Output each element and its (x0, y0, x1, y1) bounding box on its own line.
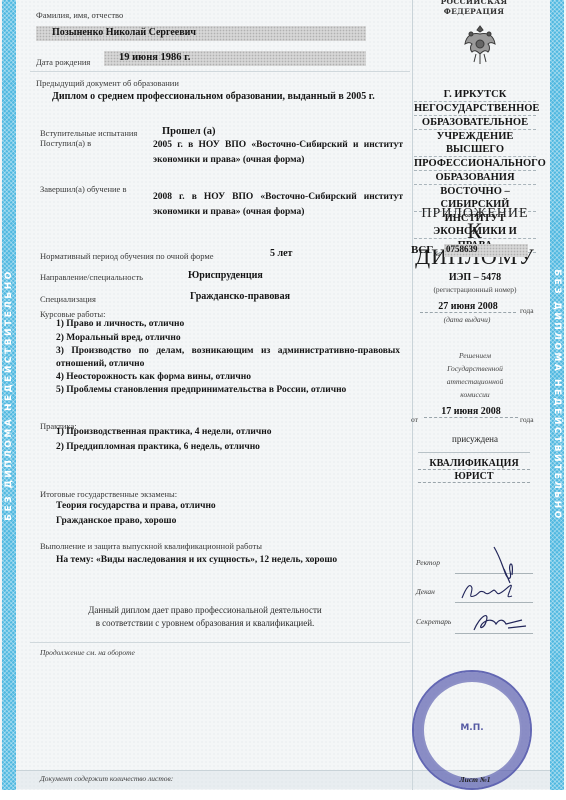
decision-line: Государственной (414, 364, 536, 373)
divider (30, 71, 410, 72)
qualification-value: ЮРИСТ (418, 471, 530, 483)
diploma-supplement-page: БЕЗ ДИПЛОМА НЕДЕЙСТВИТЕЛЬНО БЕЗ ДИПЛОМА … (0, 0, 566, 790)
specialization-label: Специализация (40, 294, 96, 304)
rights-line-2: в соответствии с уровнем образования и к… (0, 618, 410, 628)
right-security-border: БЕЗ ДИПЛОМА НЕДЕЙСТВИТЕЛЬНО (550, 0, 564, 790)
left-security-border: БЕЗ ДИПЛОМА НЕДЕЙСТВИТЕЛЬНО (2, 0, 16, 790)
registration-number: ИЭП – 5478 (414, 272, 536, 283)
enrolled-value: 2005 г. в НОУ ВПО «Восточно-Сибирский и … (153, 138, 403, 168)
coursework-item: 2) Моральный вред, отлично (56, 332, 181, 345)
student-name: Позыненко Николай Сергеевич (52, 27, 196, 38)
practice-item: 1) Производственная практика, 4 недели, … (56, 427, 271, 437)
decision-line: Решением (414, 351, 536, 360)
secretary-label: Секретарь (416, 617, 451, 626)
sheet-count-label: Документ содержит количество листов: (40, 774, 173, 783)
prev-doc-label: Предыдущий документ об образовании (36, 78, 179, 88)
practice-item: 2) Преддипломная практика, 6 недель, отл… (56, 442, 260, 452)
awarded-text: присуждена (414, 434, 536, 444)
country-line-2: ФЕДЕРАЦИЯ (414, 7, 534, 16)
birth-date: 19 июня 1986 г. (119, 52, 190, 63)
direction-value: Юриспруденция (188, 270, 263, 281)
diploma-number: 0758639 (446, 244, 478, 254)
institution-line: Г. ИРКУТСК (414, 88, 536, 102)
entrance-exams-value: Прошел (а) (162, 126, 216, 137)
continued-note: Продолжение см. на обороте (40, 648, 135, 657)
specialization-value: Гражданско-правовая (190, 291, 290, 302)
coursework-item: 1) Право и личность, отлично (56, 318, 184, 331)
coursework-item: 3) Производство по делам, возникающим из… (56, 345, 400, 371)
rights-line-1: Данный диплом дает право профессионально… (0, 605, 410, 615)
sheet-number: Лист №1 (414, 775, 536, 784)
institution-line: ОБРАЗОВАНИЯ (414, 171, 536, 185)
dean-signature (458, 578, 522, 604)
finished-value: 2008 г. в НОУ ВПО «Восточно-Сибирский ин… (153, 190, 403, 220)
secretary-signature (470, 608, 530, 634)
series-code: ВСГ (411, 244, 433, 256)
column-divider (412, 0, 413, 790)
institution-line: ОБРАЗОВАТЕЛЬНОЕ (414, 116, 536, 130)
entrance-exams-label: Вступительные испытания (40, 128, 137, 138)
decision-year-word: года (520, 415, 534, 424)
coursework-item: 4) Неосторожность как форма вины, отличн… (56, 371, 251, 384)
right-border-text: БЕЗ ДИПЛОМА НЕДЕЙСТВИТЕЛЬНО (552, 269, 562, 521)
thesis-value: На тему: «Виды наследования и их сущност… (56, 555, 337, 565)
qualification-title: КВАЛИФИКАЦИЯ (418, 458, 530, 470)
state-exam-item: Гражданское право, хорошо (56, 516, 176, 526)
from-word: от (411, 415, 418, 424)
registration-label: (регистрационный номер) (414, 285, 536, 294)
decision-line: комиссии (414, 390, 536, 399)
enrolled-label: Поступил(а) в (40, 138, 91, 148)
divider (30, 642, 410, 643)
decision-line: аттестационной (414, 377, 536, 386)
country-line-1: РОССИЙСКАЯ (414, 0, 534, 6)
state-exam-item: Теория государства и права, отлично (56, 501, 216, 511)
institution-line: УЧРЕЖДЕНИЕ ВЫСШЕГО (414, 130, 536, 157)
seal-center-text: М.П. (460, 723, 483, 733)
study-period-value: 5 лет (270, 248, 292, 259)
issue-date-label: (дата выдачи) (414, 315, 520, 324)
official-seal: М.П. (412, 670, 532, 790)
dean-label: Декан (416, 587, 435, 596)
name-label: Фамилия, имя, отчество (36, 10, 123, 20)
decision-date: 17 июня 2008 (424, 406, 518, 418)
issue-year-word: года (520, 306, 534, 315)
prev-doc-value: Диплом о среднем профессиональном образо… (52, 91, 375, 102)
finished-label: Завершил(а) обучение в (40, 184, 126, 194)
series-label: ВСГ№ (411, 244, 440, 258)
thesis-label: Выполнение и защита выпускной квалификац… (40, 541, 262, 551)
rector-label: Ректор (416, 558, 440, 567)
left-border-text: БЕЗ ДИПЛОМА НЕДЕЙСТВИТЕЛЬНО (4, 269, 14, 521)
issue-date: 27 июня 2008 (420, 301, 516, 313)
institution-line: ПРОФЕССИОНАЛЬНОГО (414, 157, 536, 171)
birth-date-label: Дата рождения (36, 57, 90, 67)
divider (418, 452, 530, 453)
state-exams-label: Итоговые государственные экзамены: (40, 489, 177, 499)
direction-label: Направление/специальность (40, 272, 143, 282)
number-sign: № (433, 250, 440, 258)
coursework-item: 5) Проблемы становления предпринимательс… (56, 384, 346, 397)
double-headed-eagle-emblem (462, 22, 498, 66)
institution-line: НЕГОСУДАРСТВЕННОЕ (414, 102, 536, 116)
study-period-label: Нормативный период обучения по очной фор… (40, 251, 214, 261)
